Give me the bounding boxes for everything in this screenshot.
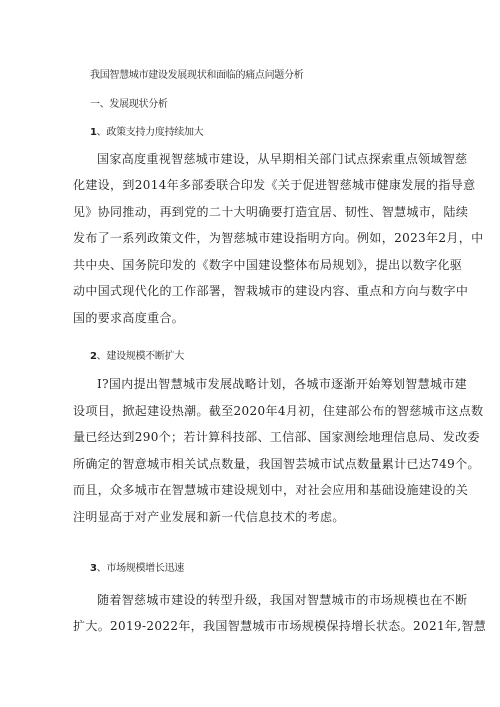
subsection-title: 、建设规模不断扩大 — [97, 351, 184, 362]
paragraph-line: 所确定的智意城市相关试点数量，我国智芸城市试点数量累计已达749个。 — [73, 457, 430, 471]
subsection-heading-2: 2、建设规模不断扩大 — [90, 347, 184, 362]
subsection-number: 1 — [90, 127, 97, 138]
paragraph-line: I?国内提出智慧城市发展战略计划，各城市逐渐开始筹划智慧城市建 — [97, 377, 430, 391]
subsection-heading-1: 1、政策支持力度持续加大 — [90, 123, 203, 138]
paragraph-line: 动中国式现代化的工作部署，智栽城市的建设内容、重点和方向与数字中 — [73, 284, 430, 298]
paragraph-line: 扩大。2019-2022年，我国智慧城市市场规模保持增长状态。2021年,智慧 — [73, 619, 430, 633]
paragraph-line: 国家高度重视智慈城市建设，从早期相关部门试点探索重点领域智慈 — [97, 152, 430, 166]
paragraph-line: 化建设，到2014年多部委联合印发《关于促进智慈城市健康发展的指导意 — [73, 178, 430, 192]
paragraph-line: 量已经达到290个；若计算科技部、工信部、国家测绘地理信息局、发改委 — [73, 430, 430, 444]
subsection-title: 、政策支持力度持续加大 — [97, 127, 204, 138]
paragraph-line: 共中央、国务院印发的《数字中国建设整体布局规划》，提出以数字化驱 — [73, 258, 430, 272]
paragraph-line: 随着智慈城市建设的转型升级，我国对智慧城市的市场规模也在不断 — [97, 593, 430, 607]
section-heading: 一、发展现状分析 — [90, 95, 168, 110]
document-page: 我国智慧城市建设发展现状和面临的痛点问题分析 一、发展现状分析 1、政策支持力度… — [0, 0, 500, 707]
paragraph-line: 发布了一系列政策文件，为智慈城市建设指明方向。例如，2023年2月，中 — [73, 231, 430, 245]
paragraph-line: 国的要求高度重合。 — [73, 311, 430, 325]
paragraph-line: 见》协同推动，再到党的二十大明确要打造宜居、韧性、智慧城市，陆续 — [73, 205, 430, 219]
subsection-title: 、市场规模增长迅速 — [97, 563, 184, 574]
subsection-number: 3 — [90, 563, 97, 574]
paragraph-line: 而且，众多城市在智慧城市建设规划中，对社会应用和基础设施建设的关 — [73, 483, 430, 497]
paragraph-line: 注明显高于对产业发展和新一代信息技术的考虑。 — [73, 510, 430, 524]
paragraph-line: 设项目，掀起建设热潮。截至2020年4月初，住建部公布的智慈城市这点数 — [73, 404, 430, 418]
document-title: 我国智慧城市建设发展现状和面临的痛点问题分析 — [90, 66, 303, 81]
subsection-number: 2 — [90, 351, 97, 362]
subsection-heading-3: 3、市场规模增长迅速 — [90, 559, 184, 574]
